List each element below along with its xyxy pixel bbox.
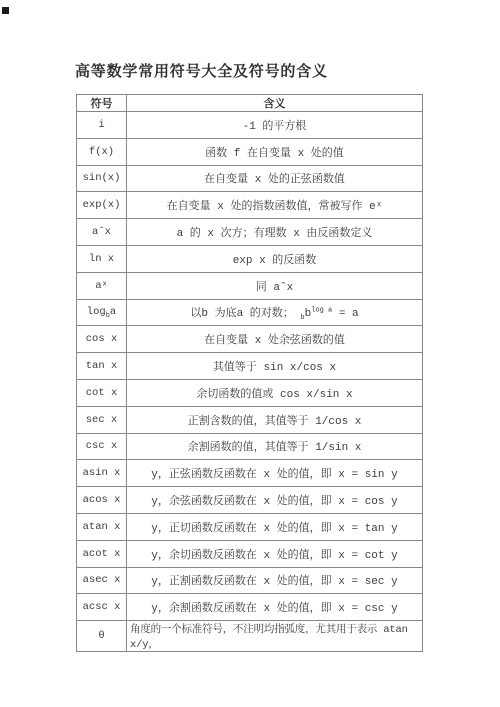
table-row: acsc xy，余割函数反函数在 x 处的值，即 x = csc y [77, 594, 423, 621]
table-row: ln xexp x 的反函数 [77, 245, 423, 272]
meaning-cell: 在自变量 x 处余弦函数的值 [127, 326, 423, 353]
scan-artifact-mark [2, 7, 9, 14]
symbol-cell: aˆx [77, 219, 127, 246]
symbol-cell: cos x [77, 326, 127, 353]
table-row: sin(x)在自变量 x 处的正弦函数值 [77, 165, 423, 192]
table-row: sec x正割含数的值，其值等于 1/cos x [77, 406, 423, 433]
table-row: cot x余切函数的值或 cos x/sin x [77, 379, 423, 406]
symbol-cell: ln x [77, 245, 127, 272]
table-row: atan xy，正切函数反函数在 x 处的值，即 x = tan y [77, 513, 423, 540]
table-row: cos x在自变量 x 处余弦函数的值 [77, 326, 423, 353]
meaning-cell: 余切函数的值或 cos x/sin x [127, 379, 423, 406]
meaning-column-header: 含义 [127, 95, 423, 112]
meaning-cell: 在自变量 x 处的指数函数值，常被写作 eˣ [127, 192, 423, 219]
table-row: acot xy，余切函数反函数在 x 处的值，即 x = cot y [77, 540, 423, 567]
symbol-cell: exp(x) [77, 192, 127, 219]
meaning-cell: y，正弦函数反函数在 x 处的值，即 x = sin y [127, 460, 423, 487]
table-header-row: 符号 含义 [77, 95, 423, 112]
meaning-cell: 以b 为底a 的对数； bblog a = a [127, 299, 423, 326]
meaning-cell: exp x 的反函数 [127, 245, 423, 272]
symbol-cell: i [77, 112, 127, 139]
meaning-cell: 同 aˆx [127, 272, 423, 299]
meaning-cell: y，余切函数反函数在 x 处的值，即 x = cot y [127, 540, 423, 567]
symbol-cell: cot x [77, 379, 127, 406]
table-row: f(x)函数 f 在自变量 x 处的值 [77, 138, 423, 165]
meaning-cell: 在自变量 x 处的正弦函数值 [127, 165, 423, 192]
meaning-cell: 角度的一个标准符号，不注明均指弧度，尤其用于表示 atan x/y， [127, 621, 423, 652]
symbol-cell: logba [77, 299, 127, 326]
page-title: 高等数学常用符号大全及符号的含义 [75, 60, 328, 81]
meaning-cell: -1 的平方根 [127, 112, 423, 139]
symbol-cell: f(x) [77, 138, 127, 165]
table-row: asin xy，正弦函数反函数在 x 处的值，即 x = sin y [77, 460, 423, 487]
symbol-cell: sin(x) [77, 165, 127, 192]
table-row: logba以b 为底a 的对数； bblog a = a [77, 299, 423, 326]
symbol-cell: csc x [77, 433, 127, 460]
symbol-cell: asec x [77, 567, 127, 594]
symbols-table: 符号 含义 i-1 的平方根f(x)函数 f 在自变量 x 处的值sin(x)在… [76, 94, 423, 652]
table-row: tan x其值等于 sin x/cos x [77, 353, 423, 380]
meaning-cell: 正割含数的值，其值等于 1/cos x [127, 406, 423, 433]
symbol-column-header: 符号 [77, 95, 127, 112]
symbol-cell: tan x [77, 353, 127, 380]
symbol-cell: sec x [77, 406, 127, 433]
symbol-cell: acot x [77, 540, 127, 567]
meaning-cell: 余割函数的值，其值等于 1/sin x [127, 433, 423, 460]
meaning-cell: 其值等于 sin x/cos x [127, 353, 423, 380]
symbol-cell: atan x [77, 513, 127, 540]
meaning-cell: y，余弦函数反函数在 x 处的值，即 x = cos y [127, 487, 423, 514]
meaning-cell: a 的 x 次方；有理数 x 由反函数定义 [127, 219, 423, 246]
symbol-cell: θ [77, 621, 127, 652]
symbols-table-body: i-1 的平方根f(x)函数 f 在自变量 x 处的值sin(x)在自变量 x … [77, 112, 423, 652]
symbol-cell: asin x [77, 460, 127, 487]
meaning-cell: y，正割函数反函数在 x 处的值，即 x = sec y [127, 567, 423, 594]
table-row: acos xy，余弦函数反函数在 x 处的值，即 x = cos y [77, 487, 423, 514]
meaning-cell: 函数 f 在自变量 x 处的值 [127, 138, 423, 165]
symbol-cell: acsc x [77, 594, 127, 621]
meaning-cell: y，余割函数反函数在 x 处的值，即 x = csc y [127, 594, 423, 621]
table-row: θ角度的一个标准符号，不注明均指弧度，尤其用于表示 atan x/y， [77, 621, 423, 652]
table-row: aˣ同 aˆx [77, 272, 423, 299]
table-row: asec xy，正割函数反函数在 x 处的值，即 x = sec y [77, 567, 423, 594]
table-row: aˆxa 的 x 次方；有理数 x 由反函数定义 [77, 219, 423, 246]
table-row: exp(x)在自变量 x 处的指数函数值，常被写作 eˣ [77, 192, 423, 219]
table-row: csc x余割函数的值，其值等于 1/sin x [77, 433, 423, 460]
table-row: i-1 的平方根 [77, 112, 423, 139]
symbol-cell: acos x [77, 487, 127, 514]
meaning-cell: y，正切函数反函数在 x 处的值，即 x = tan y [127, 513, 423, 540]
symbol-cell: aˣ [77, 272, 127, 299]
